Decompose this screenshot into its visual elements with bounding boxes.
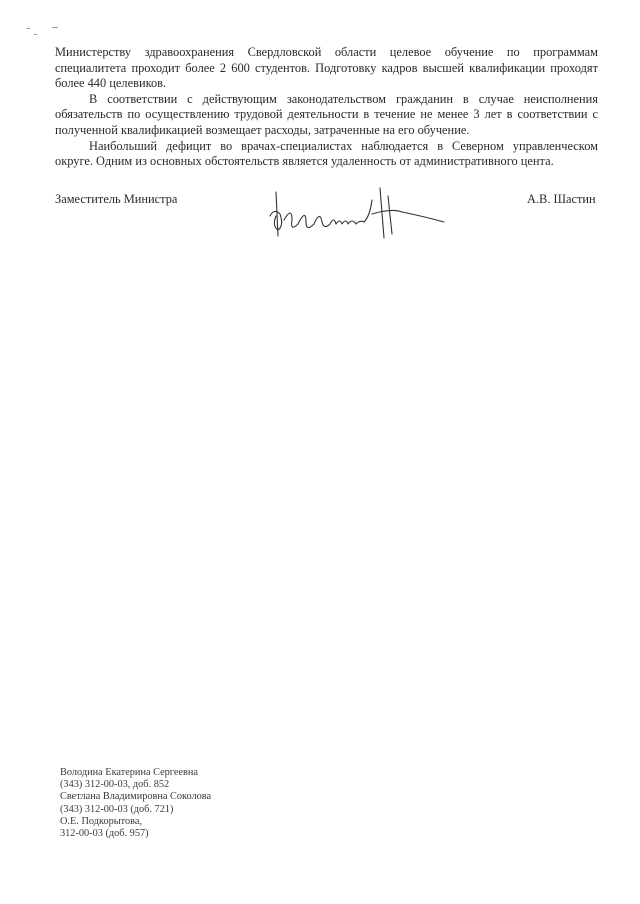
contact-line: Володина Екатерина Сергеевна xyxy=(60,767,211,779)
contact-line: (343) 312-00-03, доб. 852 xyxy=(60,779,211,791)
contact-line: 312-00-03 (доб. 957) xyxy=(60,828,211,840)
scan-artifact xyxy=(34,34,37,35)
paragraph-2: В соответствии с действующим законодател… xyxy=(55,92,598,139)
paragraph-1: Министерству здравоохранения Свердловско… xyxy=(55,45,598,92)
paragraph-3: Наибольший дефицит во врачах-специалиста… xyxy=(55,139,598,170)
scan-artifact xyxy=(52,27,58,28)
contact-info: Володина Екатерина Сергеевна (343) 312-0… xyxy=(60,767,211,840)
contact-line: О.Е. Подкорытова, xyxy=(60,816,211,828)
contact-line: (343) 312-00-03 (доб. 721) xyxy=(60,804,211,816)
signer-position: Заместитель Министра xyxy=(55,192,177,207)
handwritten-signature xyxy=(262,186,452,242)
scan-artifact xyxy=(27,28,30,29)
letter-body: Министерству здравоохранения Свердловско… xyxy=(55,45,598,170)
contact-line: Светлана Владимировна Соколова xyxy=(60,791,211,803)
signer-name: А.В. Шастин xyxy=(527,192,596,207)
